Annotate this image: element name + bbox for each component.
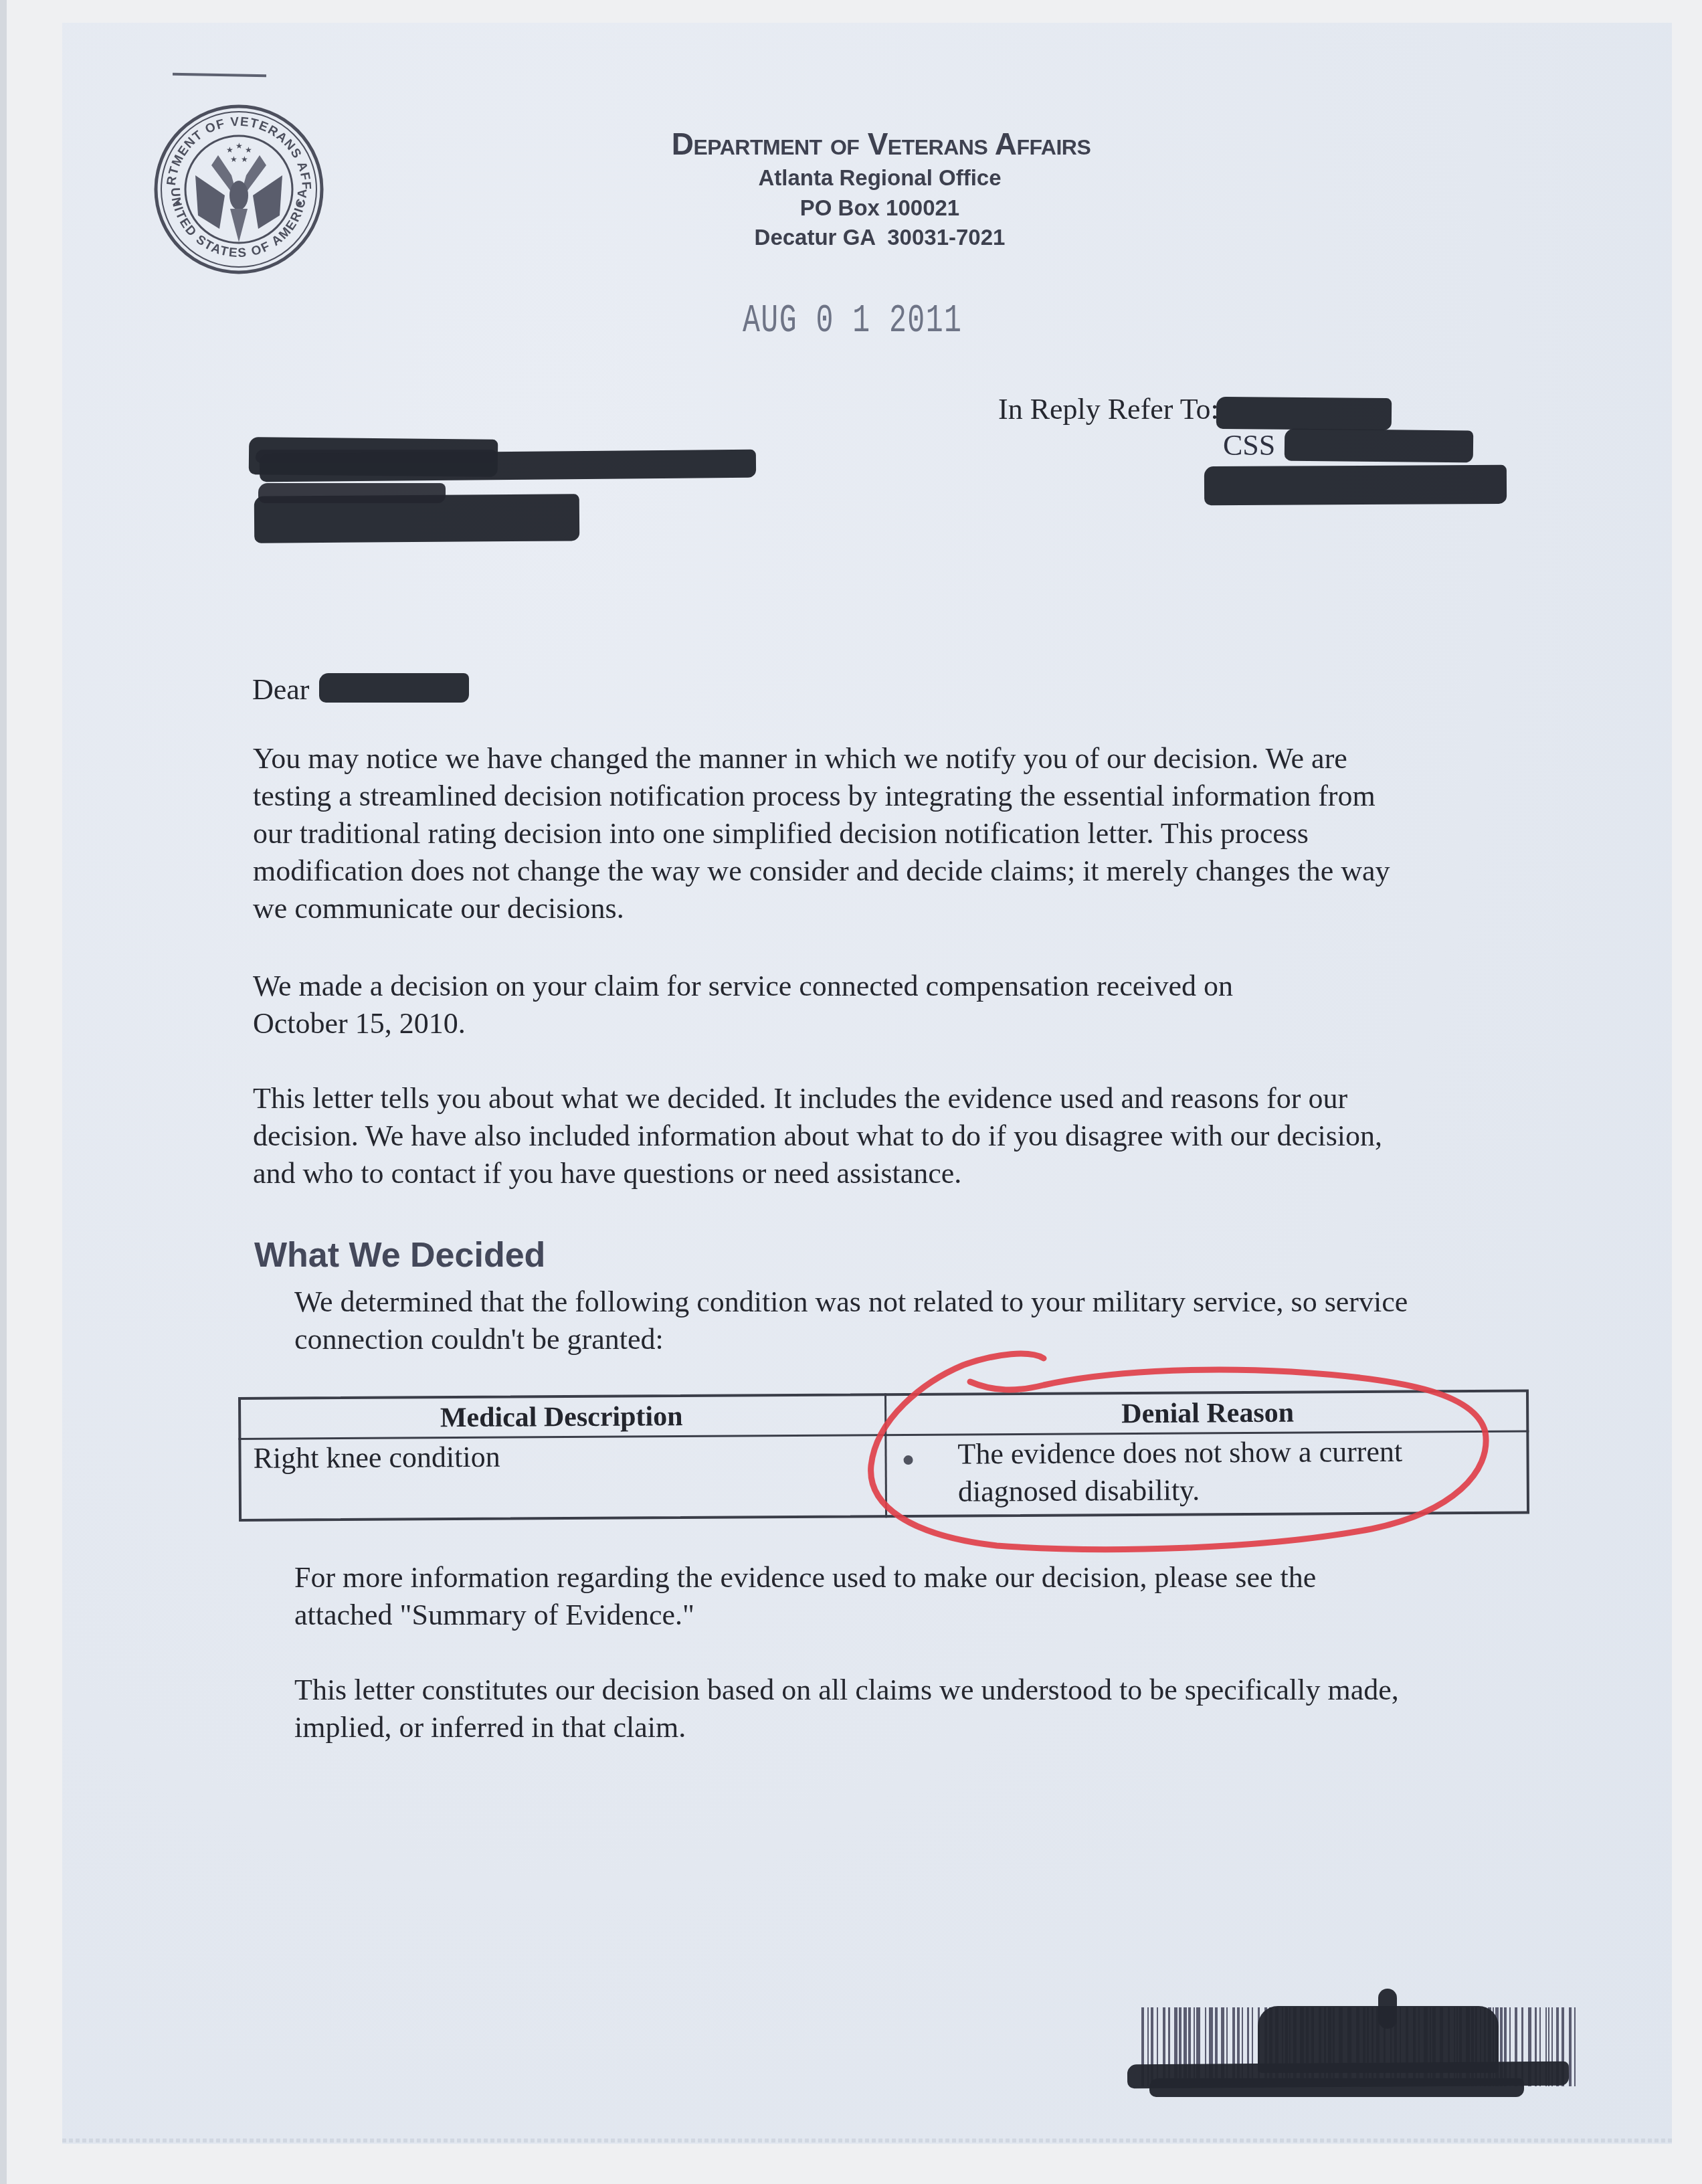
po-box: PO Box 100021 — [679, 195, 1080, 221]
department-title: Department of Veterans Affairs — [634, 126, 1129, 162]
recipient-name-redacted — [319, 673, 469, 703]
section-heading-what-we-decided: What We Decided — [254, 1235, 545, 1275]
svg-text:★: ★ — [245, 145, 252, 155]
reply-reference-label: In Reply Refer To: — [998, 391, 1219, 428]
svg-text:★: ★ — [226, 145, 233, 155]
claim-paragraph: We made a decision on your claim for ser… — [253, 968, 1233, 1042]
red-circle-annotation — [850, 1345, 1512, 1559]
cell-medical-description: Right knee condition — [253, 1439, 500, 1477]
city-state-zip: Decatur GA 30031-7021 — [679, 224, 1080, 251]
reference-number-redacted — [1216, 397, 1392, 430]
date-stamp: AUG 0 1 2011 — [743, 301, 962, 341]
page-bottom-edge — [62, 2138, 1672, 2143]
svg-text:★: ★ — [230, 155, 238, 164]
intro-paragraph: You may notice we have changed the manne… — [253, 740, 1390, 927]
column-header-medical-description: Medical Description — [238, 1398, 884, 1436]
salutation: Dear — [252, 671, 310, 709]
svg-text:★: ★ — [235, 141, 243, 151]
css-number-redacted — [1285, 429, 1473, 463]
office-name: Atlanta Regional Office — [679, 165, 1080, 191]
decision-scope-paragraph: This letter constitutes our decision bas… — [294, 1671, 1399, 1746]
css-prefix: CSS — [1223, 428, 1275, 462]
evidence-paragraph: For more information regarding the evide… — [294, 1559, 1316, 1634]
va-seal-icon: DEPARTMENT OF VETERANS AFFAIRS UNITED ST… — [151, 102, 326, 277]
scanner-edge — [0, 0, 7, 2184]
reference-line3-redacted — [1204, 465, 1507, 505]
svg-text:★: ★ — [241, 155, 248, 164]
about-paragraph: This letter tells you about what we deci… — [253, 1080, 1382, 1192]
